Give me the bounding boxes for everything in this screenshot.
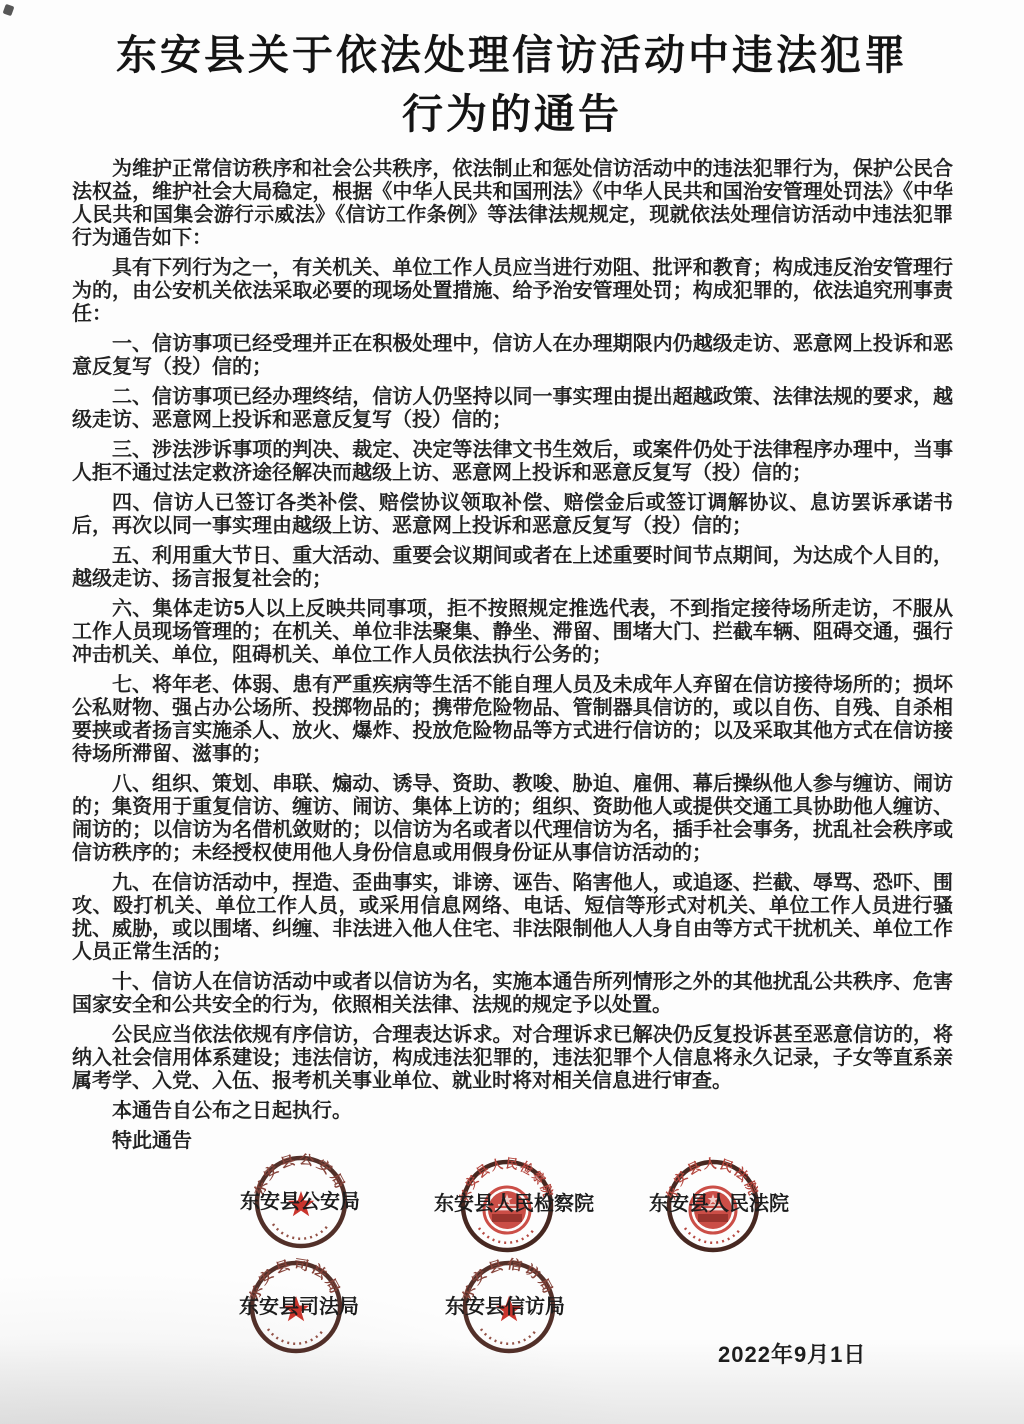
- official-seal-petition-bureau-icon: 东安县信访局: [449, 1247, 569, 1367]
- seal-rim-text: 东安县人民检察院: [457, 1156, 556, 1204]
- notice-paragraph: 为维护正常信访秩序和社会公共秩序，依法制止和惩处信访活动中的违法犯罪行为，保护公…: [72, 158, 953, 250]
- notice-hereby-line: 特此通告: [72, 1130, 953, 1153]
- notice-paragraph: 具有下列行为之一，有关机关、单位工作人员应当进行劝阻、批评和教育；构成违反治安管…: [72, 257, 953, 326]
- official-seal-police-icon: 东安县公安局: [241, 1142, 361, 1262]
- national-emblem-icon: [484, 1187, 530, 1233]
- notice-title: 东安县关于依法处理信访活动中违法犯罪 行为的通告: [0, 26, 1024, 144]
- svg-text:东安县信访局: 东安县信访局: [459, 1256, 557, 1303]
- notice-title-line2: 行为的通告: [0, 85, 1024, 144]
- seal-label-petition-bureau: 东安县信访局: [445, 1294, 565, 1320]
- notice-paragraph: 八、组织、策划、串联、煽动、诱导、资助、教唆、胁迫、雇佣、幕后操纵他人参与缠访、…: [72, 773, 953, 865]
- seal-rim-text: 东安县信访局: [459, 1256, 557, 1303]
- seal-label-procuratorate: 东安县人民检察院: [434, 1191, 594, 1217]
- official-seal-procuratorate-icon: 东安县人民检察院: [447, 1146, 567, 1266]
- notice-date: 2022年9月1日: [718, 1338, 866, 1369]
- notice-paragraph: 九、在信访活动中，捏造、歪曲事实，诽谤、诬告、陷害他人，或追逐、拦截、辱骂、恐吓…: [72, 872, 953, 964]
- svg-text:东安县人民检察院: 东安县人民检察院: [457, 1156, 556, 1204]
- seal-label-police: 东安县公安局: [240, 1189, 360, 1215]
- paper-corner-mark: [3, 4, 15, 16]
- star-icon: [283, 1296, 310, 1321]
- notice-paragraph: 五、利用重大节日、重大活动、重要会议期间或者在上述重要时间节点期间，为达成个人目…: [72, 545, 953, 591]
- notice-paragraph: 十、信访人在信访活动中或者以信访为名，实施本通告所列情形之外的其他扰乱公共秩序、…: [72, 971, 953, 1017]
- national-emblem-icon: [690, 1187, 736, 1233]
- notice-body: 为维护正常信访秩序和社会公共秩序，依法制止和惩处信访活动中的违法犯罪行为，保护公…: [72, 158, 953, 1160]
- svg-text:东安县人民法院: 东安县人民法院: [663, 1156, 762, 1202]
- svg-text:东安县司法局: 东安县司法局: [246, 1256, 344, 1303]
- notice-paragraph: 一、信访事项已经受理并正在积极处理中，信访人在办理期限内仍越级走访、恶意网上投诉…: [72, 333, 953, 379]
- notice-paragraph: 四、信访人已签订各类补偿、赔偿协议领取补偿、赔偿金后或签订调解协议、息访罢诉承诺…: [72, 492, 953, 538]
- seal-rim-text: 东安县司法局: [246, 1256, 344, 1303]
- notice-execution-line: 本通告自公布之日起执行。: [72, 1100, 953, 1123]
- notice-paragraph: 七、将年老、体弱、患有严重疾病等生活不能自理人员及未成年人弃留在信访接待场所的；…: [72, 674, 953, 766]
- official-seal-court-icon: 东安县人民法院: [653, 1146, 773, 1266]
- notice-page: 东安县关于依法处理信访活动中违法犯罪 行为的通告 为维护正常信访秩序和社会公共秩…: [0, 0, 1024, 1424]
- notice-paragraph: 公民应当依法依规有序信访，合理表达诉求。对合理诉求已解决仍反复投诉甚至恶意信访的…: [72, 1024, 953, 1093]
- notice-paragraph: 二、信访事项已经办理终结，信访人仍坚持以同一事实理由提出超越政策、法律法规的要求…: [72, 386, 953, 432]
- official-seal-justice-bureau-icon: 东安县司法局: [236, 1247, 356, 1367]
- star-icon: [288, 1191, 315, 1216]
- seal-label-justice-bureau: 东安县司法局: [239, 1294, 359, 1320]
- seal-rim-text: 东安县人民法院: [663, 1156, 762, 1202]
- notice-title-line1: 东安县关于依法处理信访活动中违法犯罪: [0, 26, 1024, 85]
- notice-paragraph: 六、集体走访5人以上反映共同事项，拒不按照规定推选代表，不到指定接待场所走访，不…: [72, 598, 953, 667]
- star-icon: [496, 1296, 523, 1321]
- seal-label-court: 东安县人民法院: [649, 1191, 789, 1217]
- notice-paragraph: 三、涉法涉诉事项的判决、裁定、决定等法律文书生效后，或案件仍处于法律程序办理中，…: [72, 439, 953, 485]
